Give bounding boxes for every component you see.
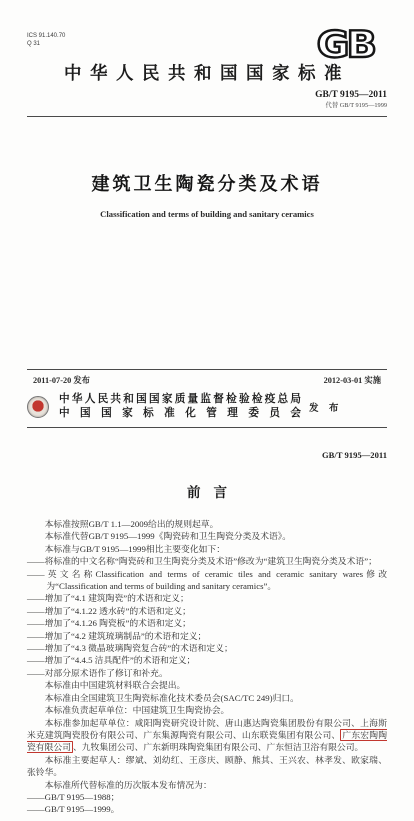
foreword-paragraph: 本标准由中国建筑材料联合会提出。 — [27, 679, 387, 691]
page-header-standard-number: GB/T 9195—2011 — [27, 450, 387, 460]
implementation-date: 2012-03-01 实施 — [324, 374, 381, 386]
publish-label: 发 布 — [309, 400, 342, 414]
gb-logo: GB — [317, 24, 374, 66]
foreword-paragraph: 本标准与GB/T 9195—1999相比主要变化如下： — [27, 543, 387, 555]
foreword-change-item: ——英文名称Classification and terms of cerami… — [27, 568, 387, 593]
foreword-paragraph: 本标准由全国建筑卫生陶瓷标准化技术委员会(SAC/TC 249)归口。 — [27, 692, 387, 704]
issuer-lines: 中华人民共和国国家质量监督检验检疫总局 中国国家标准化管理委员会 — [59, 393, 301, 420]
foreword-change-item: ——增加了“4.4.5 洁具配件”的术语和定义； — [27, 654, 387, 666]
foreword-change-item: ——对部分原术语作了修订和补充。 — [27, 667, 387, 679]
cover-page: ICS 91.140.70 Q 31 GB 中华人民共和国国家标准 GB/T 9… — [0, 0, 414, 437]
foreword-change-item: ——增加了“4.3 微晶玻璃陶瓷复合砖”的术语和定义； — [27, 642, 387, 654]
dates-row: 2011-07-20 发布 2012-03-01 实施 — [27, 370, 387, 393]
foreword-paragraph: 本标准代替GB/T 9195—1999《陶瓷砖和卫生陶瓷分类及术语》。 — [27, 530, 387, 542]
foreword-paragraph-participants: 本标准参加起草单位：咸阳陶瓷研究设计院、唐山惠达陶瓷集团股份有限公司、上海斯米克… — [27, 717, 387, 754]
foreword-title: 前言 — [27, 481, 387, 501]
participants-text-pre: 本标准参加起草单位：咸阳陶瓷研究设计院、唐山惠达陶瓷集团股份有限公司、上海斯米克… — [27, 718, 387, 740]
foreword-paragraph: 本标准负责起草单位：中国建筑卫生陶瓷协会。 — [27, 704, 387, 716]
cover-top-rule — [27, 116, 387, 117]
foreword-change-item: ——增加了“4.2 建筑琉璃制品”的术语和定义； — [27, 630, 387, 642]
cover-footer: 2011-07-20 发布 2012-03-01 实施 中华人民共和国国家质量监… — [27, 369, 387, 428]
foreword-paragraph: 本标准主要起草人：缪斌、刘幼红、王彦庆、顾静、熊其、王兴农、林孝发、欧家瑞、张铃… — [27, 754, 387, 779]
issuer-row: 中华人民共和国国家质量监督检验检疫总局 中国国家标准化管理委员会 发 布 — [27, 393, 387, 420]
replaces-note: 代替 GB/T 9195—1999 — [27, 101, 387, 111]
issue-date: 2011-07-20 发布 — [33, 374, 90, 386]
foreword-page: GB/T 9195—2011 前言 本标准按照GB/T 1.1—2009给出的规… — [0, 450, 414, 816]
standard-document-scan: ICS 91.140.70 Q 31 GB 中华人民共和国国家标准 GB/T 9… — [0, 0, 414, 821]
document-title-cn: 建筑卫生陶瓷分类及术语 — [27, 170, 387, 196]
foreword-paragraph: 本标准按照GB/T 1.1—2009给出的规则起草。 — [27, 518, 387, 530]
document-title-en: Classification and terms of building and… — [27, 209, 387, 219]
aqsiq-seal-icon — [27, 396, 49, 418]
foreword-history-item: ——GB/T 9195—1988； — [27, 791, 387, 803]
foreword-paragraph: 本标准所代替标准的历次版本发布情况为： — [27, 779, 387, 791]
issuer-line-1: 中华人民共和国国家质量监督检验检疫总局 — [59, 393, 301, 407]
cover-bottom-rule — [27, 427, 387, 428]
foreword-change-item: ——增加了“4.1 建筑陶瓷”的术语和定义； — [27, 592, 387, 604]
foreword-change-item: ——增加了“4.1.26 陶瓷板”的术语和定义； — [27, 617, 387, 629]
foreword-change-item: ——增加了“4.1.22 透水砖”的术语和定义； — [27, 605, 387, 617]
standard-number-block: GB/T 9195—2011 代替 GB/T 9195—1999 — [27, 90, 387, 111]
foreword-history-item: ——GB/T 9195—1999。 — [27, 803, 387, 815]
foreword-body: 本标准按照GB/T 1.1—2009给出的规则起草。 本标准代替GB/T 919… — [27, 518, 387, 816]
issuer-line-2: 中国国家标准化管理委员会 — [59, 407, 301, 421]
foreword-change-item: ——将标准的中文名称“陶瓷砖和卫生陶瓷分类及术语”修改为“建筑卫生陶瓷分类及术语… — [27, 555, 387, 567]
standard-number: GB/T 9195—2011 — [27, 90, 387, 100]
participants-text-post: 、九牧集团公司、广东新明珠陶瓷集团有限公司、广东恒洁卫浴有限公司。 — [73, 742, 363, 752]
